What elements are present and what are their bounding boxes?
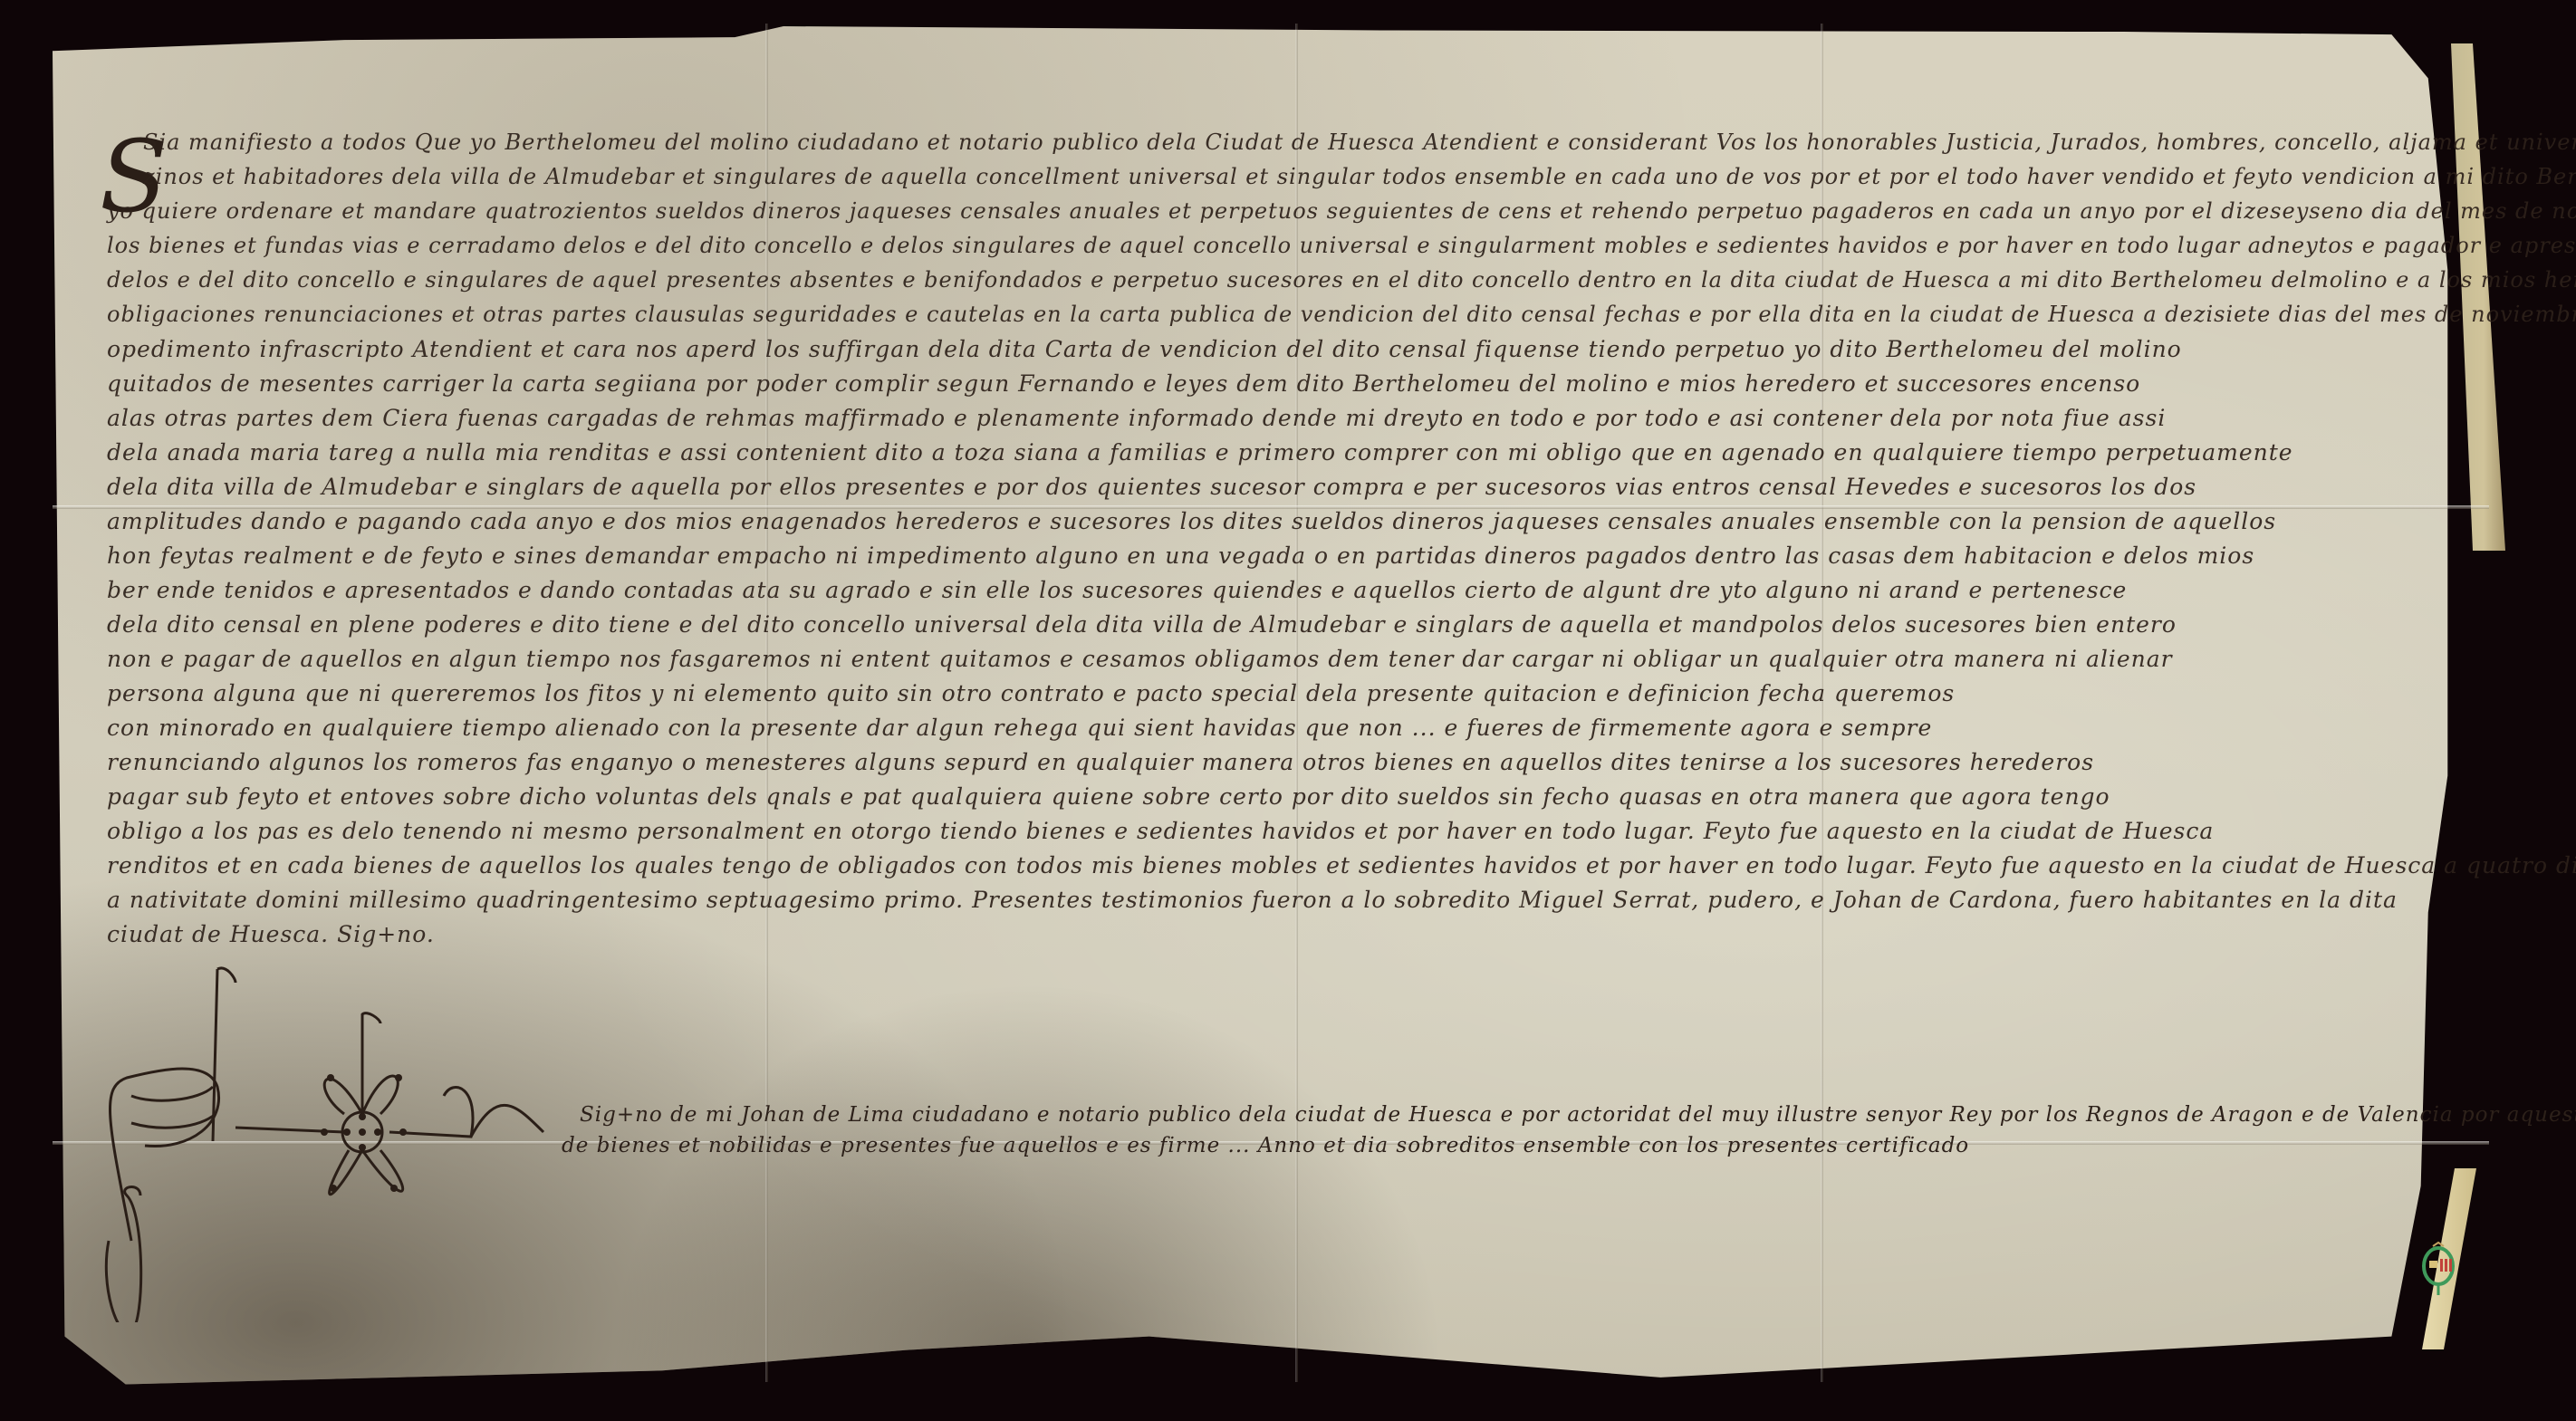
- notary-subscription-line: Sig+no de mi Johan de Lima ciudadano e n…: [580, 1103, 2576, 1127]
- body-line-filler: quitados de mesentes carriger la carta s…: [107, 370, 2140, 397]
- body-line-filler: dela dita villa de Almudebar e singlars …: [107, 474, 2196, 500]
- body-line: zinos et habitadores dela villa de Almud…: [143, 164, 2576, 189]
- body-line-filler: obligo a los pas es delo tenendo ni mesm…: [107, 818, 2214, 844]
- folded-edge-top-right: [2451, 43, 2505, 551]
- notary-subscription-line: de bienes et nobilidas e presentes fue a…: [562, 1134, 1969, 1157]
- notarial-signum-icon: [91, 942, 598, 1322]
- body-line-filler: opedimento infrascripto Atendient et car…: [107, 336, 2182, 362]
- body-line-filler: con minorado en qualquiere tiempo aliena…: [107, 715, 1932, 741]
- body-line-filler: ber ende tenidos e apresentados e dando …: [107, 577, 2127, 603]
- body-line: los bienes et fundas vias e cerradamo de…: [107, 233, 2576, 258]
- body-line: Sia manifiesto a todos Que yo Berthelome…: [143, 130, 2576, 155]
- body-line-filler: pagar sub feyto et entoves sobre dicho v…: [107, 783, 2110, 810]
- body-line-filler: non e pagar de aquellos en algun tiempo …: [107, 646, 2173, 672]
- body-line-filler: dela dito censal en plene poderes e dito…: [107, 611, 2177, 638]
- body-line: yo quiere ordenare et mandare quatrozien…: [107, 198, 2576, 224]
- body-line-filler: dela anada maria tareg a nulla mia rendi…: [107, 439, 2293, 466]
- body-line: obligaciones renunciaciones et otras par…: [107, 302, 2576, 327]
- closing-line: renditos et en cada bienes de aquellos l…: [107, 852, 2576, 879]
- body-line: delos e del dito concello e singulares d…: [107, 267, 2576, 293]
- archive-stamp-icon: [2417, 1241, 2460, 1299]
- body-line-filler: amplitudes dando e pagando cada anyo e d…: [107, 508, 2276, 534]
- closing-line: a nativitate domini millesimo quadringen…: [107, 887, 2398, 913]
- body-line-filler: persona alguna que ni quereremos los fit…: [107, 680, 1955, 706]
- body-line-filler: renunciando algunos los romeros fas enga…: [107, 749, 2094, 775]
- body-line-filler: alas otras partes dem Ciera fuenas carga…: [107, 405, 2166, 431]
- body-line-filler: hon feytas realment e de feyto e sines d…: [107, 542, 2254, 569]
